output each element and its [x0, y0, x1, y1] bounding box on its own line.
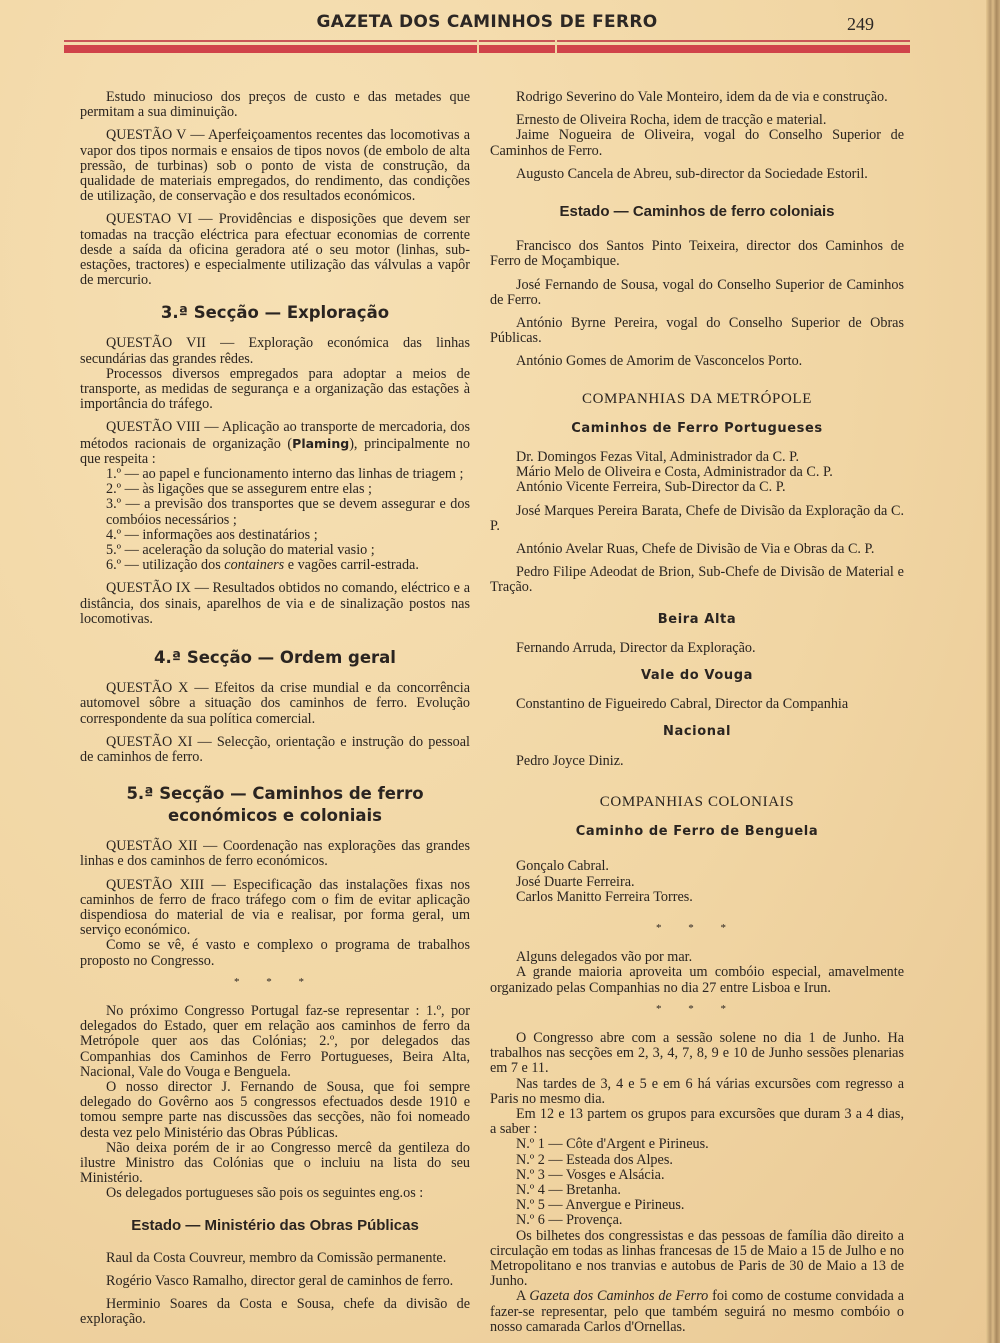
page-binding-edge [986, 0, 1000, 1343]
bold-term: Plaming [292, 436, 349, 451]
list-item: 4.º — informações aos destinatários ; [80, 528, 470, 543]
list-item: N.º 6 — Provença. [490, 1213, 904, 1228]
delegate-entry: José Duarte Ferreira. [490, 875, 904, 890]
delegate-entry: Rodrigo Severino do Vale Monteiro, idem … [490, 90, 904, 105]
paragraph: Os bilhetes dos congressistas e das pess… [490, 1229, 904, 1290]
paragraph: A Gazeta dos Caminhos de Ferro foi como … [490, 1289, 904, 1335]
section-5-title: 5.ª Secção — Caminhos de ferro económico… [80, 783, 470, 827]
publication-name: Gazeta dos Caminhos de Ferro [529, 1288, 708, 1304]
cp-heading: Caminhos de Ferro Portugueses [490, 421, 904, 436]
section-divider: * * * [80, 975, 470, 990]
question-7: QUESTÃO VII — Exploração económica das l… [80, 336, 470, 366]
rule-break [477, 40, 479, 54]
left-column: Estudo minucioso dos preços de custo e d… [80, 90, 470, 1328]
delegate-entry: Francisco dos Santos Pinto Teixeira, dir… [490, 239, 904, 269]
paragraph: Os delegados portugueses são pois os seg… [80, 1186, 470, 1201]
question-13: QUESTÃO XIII — Especificação das instala… [80, 878, 470, 939]
ministry-heading: Estado — Ministério das Obras Públicas [80, 1218, 470, 1233]
question-5: QUESTÃO V — Aperfeiçoamentos recentes da… [80, 128, 470, 204]
list-item: 3.º — a previsão dos transportes que se … [80, 497, 470, 527]
paragraph: O Congresso abre com a sessão solene no … [490, 1031, 904, 1077]
benguela-heading: Caminho de Ferro de Benguela [490, 824, 904, 839]
delegate-entry: António Byrne Pereira, vogal do Conselho… [490, 316, 904, 346]
delegate-entry: Mário Melo de Oliveira e Costa, Administ… [490, 465, 904, 480]
delegate-entry: Rogério Vasco Ramalho, director geral de… [80, 1274, 470, 1289]
delegate-entry: Gonçalo Cabral. [490, 859, 904, 874]
list-item: N.º 3 — Vosges e Alsácia. [490, 1168, 904, 1183]
delegate-entry: Herminio Soares da Costa e Sousa, chefe … [80, 1297, 470, 1327]
question-8-list: 1.º — ao papel e funcionamento interno d… [80, 467, 470, 573]
delegate-entry: Ernesto de Oliveira Rocha, idem de tracç… [490, 113, 904, 128]
delegate-entry: Fernando Arruda, Director da Exploração. [490, 641, 904, 656]
colonial-state-heading: Estado — Caminhos de ferro coloniais [490, 204, 904, 219]
delegate-entry: Pedro Filipe Adeodat de Brion, Sub-Chefe… [490, 565, 904, 595]
paragraph: A grande maioria aproveita um combóio es… [490, 965, 904, 995]
delegate-entry: António Avelar Ruas, Chefe de Divisão de… [490, 542, 904, 557]
header-rule-thin [64, 40, 910, 42]
list-item: N.º 1 — Côte d'Argent e Pirineus. [490, 1137, 904, 1152]
paragraph: Em 12 e 13 partem os grupos para excursõ… [490, 1107, 904, 1137]
list-item: 6.º — utilização dos containers e vagões… [80, 558, 470, 573]
delegate-entry: Jaime Nogueira de Oliveira, vogal do Con… [490, 128, 904, 158]
delegate-entry: Constantino de Figueiredo Cabral, Direct… [490, 697, 904, 712]
paragraph: Estudo minucioso dos preços de custo e d… [80, 90, 470, 120]
list-item: 1.º — ao papel e funcionamento interno d… [80, 467, 470, 482]
delegate-entry: José Marques Pereira Barata, Chefe de Di… [490, 504, 904, 534]
question-12: QUESTÃO XII — Coordenação nas exploraçõe… [80, 839, 470, 869]
delegate-entry: António Gomes de Amorim de Vasconcelos P… [490, 354, 904, 369]
coloniais-heading: COMPANHIAS COLONIAIS [490, 795, 904, 810]
paragraph: Processos diversos empregados para adopt… [80, 367, 470, 413]
paragraph: Não deixa porém de ir ao Congresso mercê… [80, 1141, 470, 1187]
delegate-entry: Raul da Costa Couvreur, membro da Comiss… [80, 1251, 470, 1266]
vale-do-vouga-heading: Vale do Vouga [490, 668, 904, 683]
paragraph: O nosso director J. Fernando de Sousa, q… [80, 1080, 470, 1141]
publication-title: GAZETA DOS CAMINHOS DE FERRO [64, 12, 910, 32]
question-10: QUESTÃO X — Efeitos da crise mundial e d… [80, 681, 470, 727]
paragraph: No próximo Congresso Portugal faz-se rep… [80, 1004, 470, 1080]
delegate-entry: Augusto Cancela de Abreu, sub-director d… [490, 167, 904, 182]
right-column: Rodrigo Severino do Vale Monteiro, idem … [490, 90, 904, 1335]
list-item: N.º 4 — Bretanha. [490, 1183, 904, 1198]
list-item: N.º 5 — Anvergue e Pirineus. [490, 1198, 904, 1213]
delegate-entry: Carlos Manitto Ferreira Torres. [490, 890, 904, 905]
paragraph: Como se vê, é vasto e complexo o program… [80, 938, 470, 968]
question-11: QUESTÃO XI — Selecção, orientação e inst… [80, 735, 470, 765]
paragraph: Alguns delegados vão por mar. [490, 950, 904, 965]
nacional-heading: Nacional [490, 724, 904, 739]
section-divider: * * * [490, 921, 904, 936]
metropole-heading: COMPANHIAS DA METRÓPOLE [490, 392, 904, 407]
question-9: QUESTÃO IX — Resultados obtidos no coman… [80, 581, 470, 627]
delegate-entry: Pedro Joyce Diniz. [490, 754, 904, 769]
header-rule-thick [64, 45, 910, 53]
question-6: QUESTAO VI — Providências e disposições … [80, 212, 470, 288]
excursion-list: N.º 1 — Côte d'Argent e Pirineus. N.º 2 … [490, 1137, 904, 1228]
delegate-entry: António Vicente Ferreira, Sub-Director d… [490, 480, 904, 495]
paragraph: Nas tardes de 3, 4 e 5 e em 6 há várias … [490, 1077, 904, 1107]
beira-alta-heading: Beira Alta [490, 612, 904, 627]
list-item: 5.º — aceleração da solução do material … [80, 543, 470, 558]
list-item: N.º 2 — Esteada dos Alpes. [490, 1153, 904, 1168]
page-header: GAZETA DOS CAMINHOS DE FERRO 249 [64, 8, 910, 48]
page-number: 249 [847, 14, 874, 35]
delegate-entry: Dr. Domingos Fezas Vital, Administrador … [490, 450, 904, 465]
section-4-title: 4.ª Secção — Ordem geral [80, 647, 470, 669]
delegate-entry: José Fernando de Sousa, vogal do Conselh… [490, 278, 904, 308]
rule-break [555, 40, 557, 54]
section-divider: * * * [490, 1002, 904, 1017]
question-8: QUESTÃO VIII — Aplicação ao transporte d… [80, 420, 470, 467]
list-item: 2.º — às ligações que se assegurem entre… [80, 482, 470, 497]
section-3-title: 3.ª Secção — Exploração [80, 302, 470, 324]
